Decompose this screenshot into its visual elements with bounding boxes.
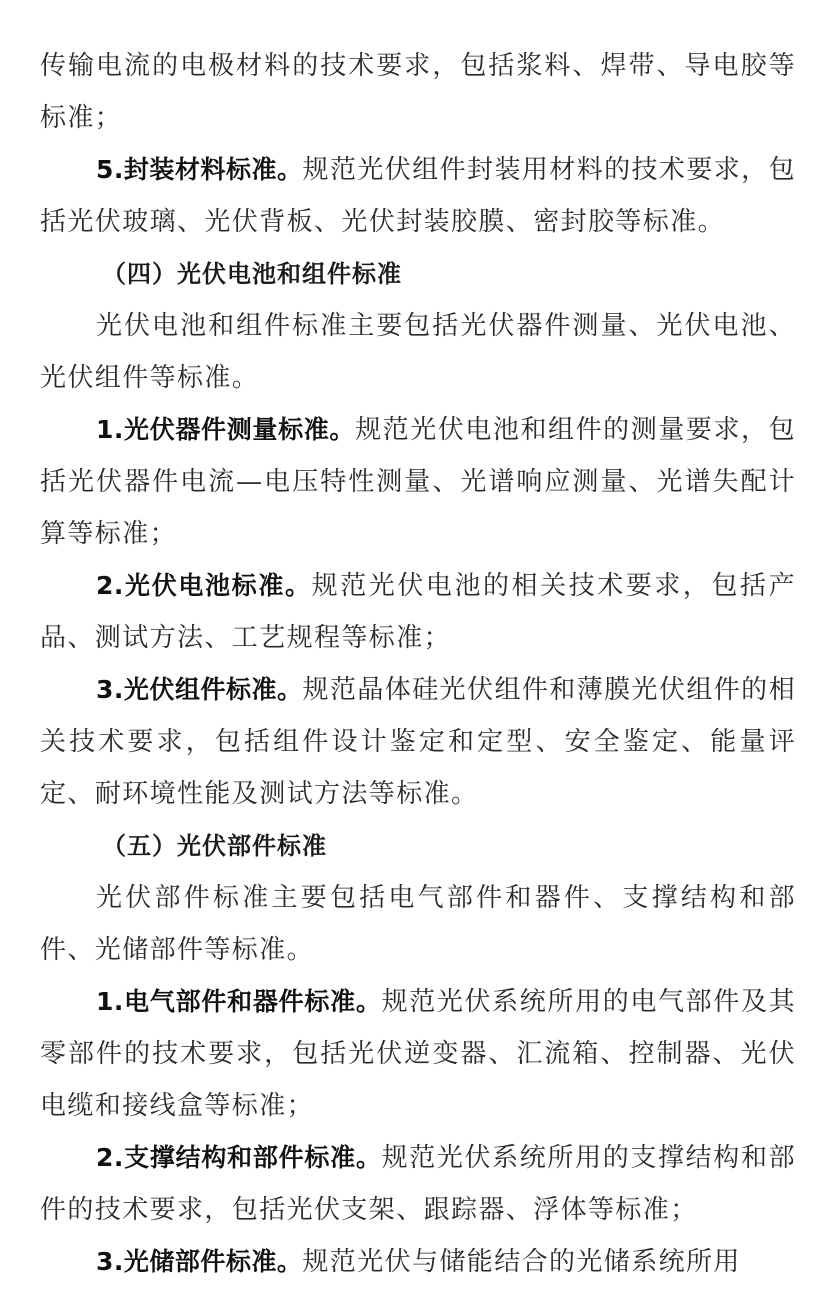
paragraph-text: 光伏部件标准主要包括电气部件和器件、支撑结构和部件、光储部件等标准。 bbox=[40, 883, 796, 965]
paragraph-body: 光伏电池和组件标准主要包括光伏器件测量、光伏电池、光伏组件等标准。 bbox=[40, 300, 796, 404]
paragraph-item-pv-module: 3.光伏组件标准。规范晶体硅光伏组件和薄膜光伏组件的相关技术要求，包括组件设计鉴… bbox=[40, 664, 796, 820]
item-lead: 2.支撑结构和部件标准。 bbox=[96, 1143, 382, 1172]
paragraph-text: 传输电流的电极材料的技术要求，包括浆料、焊带、导电胶等标准； bbox=[40, 51, 796, 133]
paragraph-body: 光伏部件标准主要包括电气部件和器件、支撑结构和部件、光储部件等标准。 bbox=[40, 872, 796, 976]
paragraph-continuation: 传输电流的电极材料的技术要求，包括浆料、焊带、导电胶等标准； bbox=[40, 40, 796, 144]
paragraph-item-pv-storage-components: 3.光储部件标准。规范光伏与储能结合的光储系统所用 bbox=[40, 1236, 796, 1288]
item-lead: 5.封装材料标准。 bbox=[96, 155, 303, 184]
paragraph-item-device-measurement: 1.光伏器件测量标准。规范光伏电池和组件的测量要求，包括光伏器件电流—电压特性测… bbox=[40, 404, 796, 560]
item-lead: 3.光储部件标准。 bbox=[96, 1247, 302, 1276]
item-lead: 1.电气部件和器件标准。 bbox=[96, 987, 382, 1016]
paragraph-item-electrical-components: 1.电气部件和器件标准。规范光伏系统所用的电气部件及其零部件的技术要求，包括光伏… bbox=[40, 976, 796, 1132]
paragraph-item-pv-cell: 2.光伏电池标准。规范光伏电池的相关技术要求，包括产品、测试方法、工艺规程等标准… bbox=[40, 560, 796, 664]
item-lead: 1.光伏器件测量标准。 bbox=[96, 415, 355, 444]
paragraph-text: 规范光伏与储能结合的光储系统所用 bbox=[302, 1247, 740, 1277]
item-lead: 3.光伏组件标准。 bbox=[96, 675, 303, 704]
paragraph-item-support-structures: 2.支撑结构和部件标准。规范光伏系统所用的支撑结构和部件的技术要求，包括光伏支架… bbox=[40, 1132, 796, 1236]
paragraph-item-encapsulation-materials: 5.封装材料标准。规范光伏组件封装用材料的技术要求，包括光伏玻璃、光伏背板、光伏… bbox=[40, 144, 796, 248]
section-heading-4: （四）光伏电池和组件标准 bbox=[40, 248, 796, 300]
heading-text: （四）光伏电池和组件标准 bbox=[102, 260, 402, 288]
document-page: 传输电流的电极材料的技术要求，包括浆料、焊带、导电胶等标准； 5.封装材料标准。… bbox=[40, 40, 796, 1288]
item-lead: 2.光伏电池标准。 bbox=[96, 571, 312, 600]
section-heading-5: （五）光伏部件标准 bbox=[40, 820, 796, 872]
heading-text: （五）光伏部件标准 bbox=[102, 832, 327, 860]
paragraph-text: 光伏电池和组件标准主要包括光伏器件测量、光伏电池、光伏组件等标准。 bbox=[40, 311, 796, 393]
